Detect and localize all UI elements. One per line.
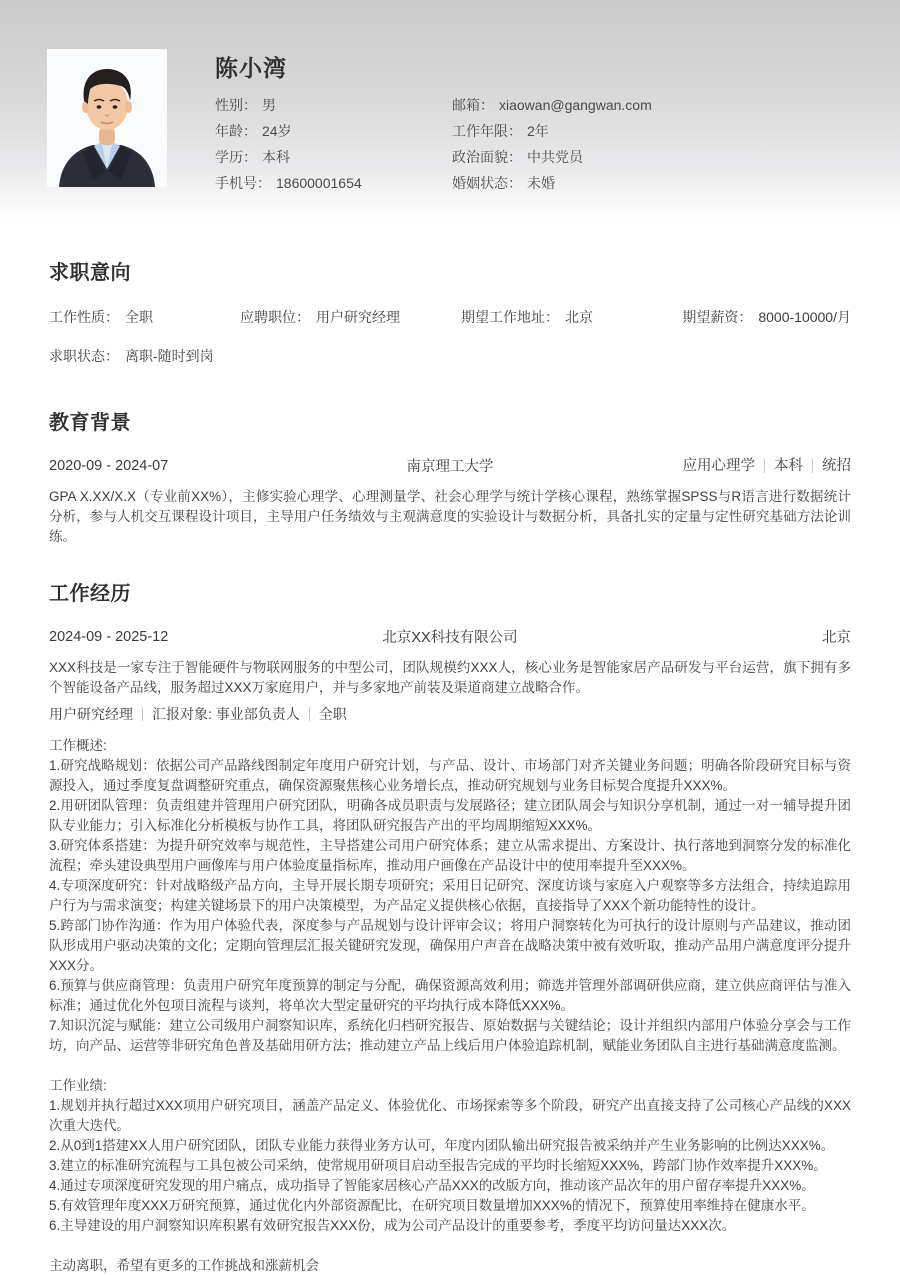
education-enrollment-type: 统招 — [812, 459, 851, 473]
work-experience-title: 工作经历 — [49, 577, 851, 606]
intent-location: 期望工作地址：北京 — [461, 307, 677, 327]
job-intention-title: 求职意向 — [49, 256, 851, 285]
education-description: GPA X.XX/X.X（专业前XX%），主修实验心理学、心理测量学、社会心理学… — [49, 487, 851, 547]
overview-item: 4.专项深度研究：针对战略级产品方向，主导开展长期专项研究；采用日记研究、深度访… — [49, 876, 851, 916]
work-period: 2024-09 - 2025-12 — [49, 629, 311, 645]
role-line: 用户研究经理 汇报对象: 事业部负责人 全职 — [49, 707, 851, 721]
achievement-item: 5.有效管理年度XXX万研究预算，通过优化内外部资源配比，在研究项目数量增加XX… — [49, 1196, 851, 1216]
work-location: 北京 — [589, 626, 851, 647]
work-overview-block: 工作概述: 1.研究战略规划：依据公司产品路线图制定年度用户研究计划，与产品、设… — [49, 736, 851, 1056]
education-school: 南京理工大学 — [311, 455, 589, 476]
overview-item: 2.用研团队管理：负责组建并管理用户研究团队，明确各成员职责与发展路径；建立团队… — [49, 796, 851, 836]
education-tags: 应用心理学 本科 统招 — [683, 459, 852, 473]
education-row: 2020-09 - 2024-07 南京理工大学 应用心理学 本科 统招 — [49, 455, 851, 476]
candidate-name: 陈小湾 — [215, 50, 287, 83]
info-age: 年龄：24岁 — [215, 118, 452, 144]
resume-page: 陈小湾 性别：男 年龄：24岁 学历：本科 手机号：18600001654 邮箱… — [0, 0, 900, 1275]
achievement-item: 1.规划并执行超过XXX项用户研究项目，涵盖产品定义、体验优化、市场探索等多个阶… — [49, 1096, 851, 1136]
section-work-experience: 工作经历 2024-09 - 2025-12 北京XX科技有限公司 北京 XXX… — [49, 577, 851, 1275]
section-job-intention: 求职意向 工作性质：全职 应聘职位：用户研究经理 期望工作地址：北京 期望薪资：… — [49, 256, 851, 366]
work-achievements-heading: 工作业绩: — [49, 1076, 851, 1096]
profile-photo — [47, 49, 167, 187]
overview-item: 3.研究体系搭建：为提升研究效率与规范性，主导搭建公司用户研究体系；建立从需求提… — [49, 836, 851, 876]
overview-item: 1.研究战略规划：依据公司产品路线图制定年度用户研究计划，与产品、设计、市场部门… — [49, 756, 851, 796]
education-major: 应用心理学 — [683, 459, 765, 473]
work-header-row: 2024-09 - 2025-12 北京XX科技有限公司 北京 — [49, 626, 851, 647]
intent-salary: 期望薪资：8000-10000/月 — [677, 307, 851, 327]
info-phone: 手机号：18600001654 — [215, 170, 452, 196]
intent-job-type: 工作性质：全职 — [49, 307, 240, 327]
overview-item: 5.跨部门协作沟通：作为用户体验代表，深度参与产品规划与设计评审会议；将用户洞察… — [49, 916, 851, 976]
intent-status: 求职状态：离职-随时到岗 — [49, 346, 214, 366]
intent-position: 应聘职位：用户研究经理 — [240, 307, 461, 327]
info-email: 邮箱：xiaowan@gangwan.com — [452, 92, 860, 118]
achievement-item: 2.从0到1搭建XX人用户研究团队，团队专业能力获得业务方认可，年度内团队输出研… — [49, 1136, 851, 1156]
section-education: 教育背景 2020-09 - 2024-07 南京理工大学 应用心理学 本科 统… — [49, 406, 851, 547]
basic-info-grid: 性别：男 年龄：24岁 学历：本科 手机号：18600001654 邮箱：xia… — [215, 92, 860, 196]
company-intro: XXX科技是一家专注于智能硬件与物联网服务的中型公司，团队规模约XXX人，核心业… — [49, 658, 851, 698]
overview-item: 6.预算与供应商管理：负责用户研究年度预算的制定与分配，确保资源高效利用；筛选并… — [49, 976, 851, 1016]
resume-body: 求职意向 工作性质：全职 应聘职位：用户研究经理 期望工作地址：北京 期望薪资：… — [0, 256, 900, 1275]
overview-item: 7.知识沉淀与赋能：建立公司级用户洞察知识库，系统化归档研究报告、原始数据与关键… — [49, 1016, 851, 1056]
info-political-status: 政治面貌：中共党员 — [452, 144, 860, 170]
portrait-illustration — [47, 49, 167, 187]
achievement-item: 3.建立的标准研究流程与工具包被公司采纳，使常规用研项目启动至报告完成的平均时长… — [49, 1156, 851, 1176]
role-employment-type: 全职 — [309, 707, 347, 721]
education-degree: 本科 — [764, 459, 812, 473]
resume-header: 陈小湾 性别：男 年龄：24岁 学历：本科 手机号：18600001654 邮箱… — [0, 0, 900, 222]
job-intention-row-1: 工作性质：全职 应聘职位：用户研究经理 期望工作地址：北京 期望薪资：8000-… — [49, 307, 851, 327]
leave-reason: 主动离职，希望有更多的工作挑战和涨薪机会 — [49, 1256, 851, 1275]
education-period: 2020-09 - 2024-07 — [49, 458, 311, 474]
info-work-years: 工作年限：2年 — [452, 118, 860, 144]
work-achievements-block: 工作业绩: 1.规划并执行超过XXX项用户研究项目，涵盖产品定义、体验优化、市场… — [49, 1076, 851, 1236]
job-intention-row-2: 求职状态：离职-随时到岗 — [49, 346, 851, 366]
role-title: 用户研究经理 — [49, 707, 142, 721]
role-report-to: 汇报对象: 事业部负责人 — [142, 707, 309, 721]
achievement-item: 6.主导建设的用户洞察知识库积累有效研究报告XXX份，成为公司产品设计的重要参考… — [49, 1216, 851, 1236]
achievement-item: 4.通过专项深度研究发现的用户痛点，成功指导了智能家居核心产品XXX的改版方向，… — [49, 1176, 851, 1196]
info-marital-status: 婚姻状态：未婚 — [452, 170, 860, 196]
info-gender: 性别：男 — [215, 92, 452, 118]
work-company: 北京XX科技有限公司 — [311, 626, 589, 647]
work-overview-heading: 工作概述: — [49, 736, 851, 756]
info-degree: 学历：本科 — [215, 144, 452, 170]
education-title: 教育背景 — [49, 406, 851, 435]
